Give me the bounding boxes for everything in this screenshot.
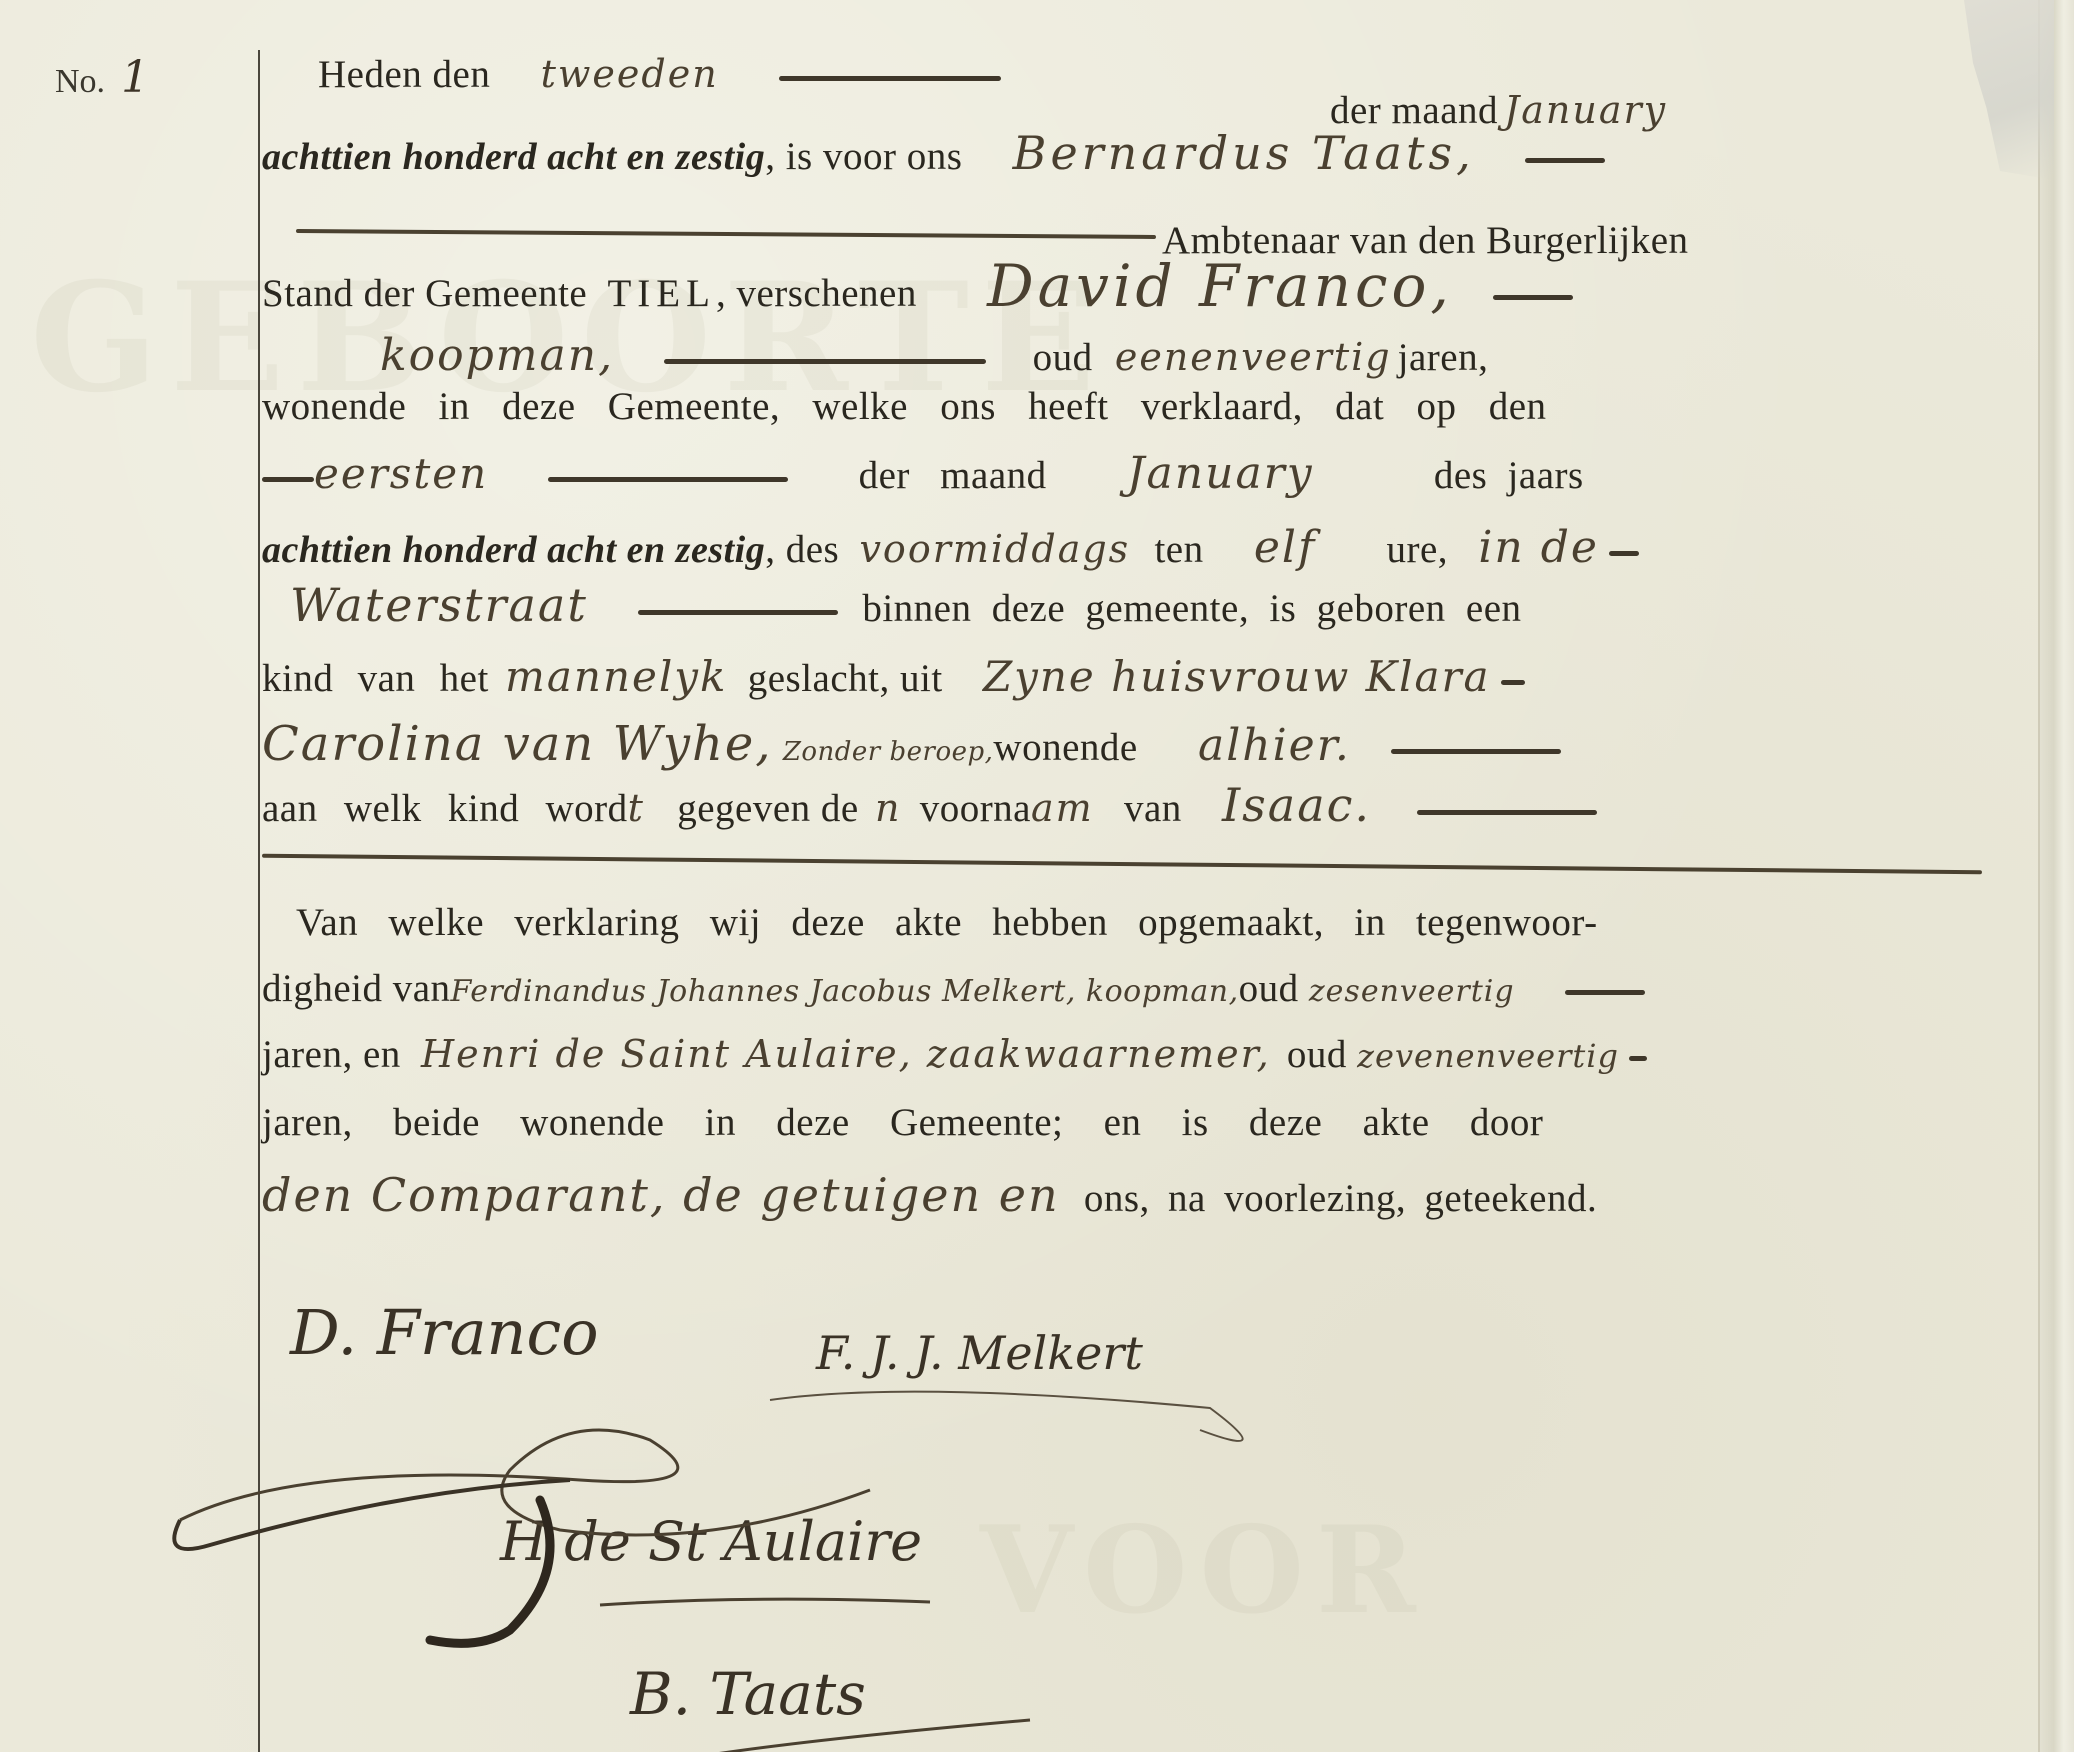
handwritten-child-name: Isaac.	[1222, 778, 1371, 832]
handwritten-birth-month: January	[1127, 448, 1314, 499]
printed-text: wonende	[993, 726, 1137, 769]
printed-text: jaren, beide wonende in deze Gemeente; e…	[262, 1101, 1543, 1144]
entry-number: No.1	[55, 52, 149, 103]
printed-text: jaren, en	[262, 1033, 401, 1076]
printed-text: jaren,	[1398, 336, 1489, 379]
blank-rule	[1501, 680, 1525, 685]
handwritten-witness-1-age: zesenveertig	[1309, 974, 1515, 1009]
blank-rule	[1417, 810, 1597, 815]
blank-rule	[1493, 295, 1573, 300]
signature-declarant: D. Franco	[290, 1296, 599, 1369]
blank-rule	[664, 359, 986, 364]
handwritten-street: Waterstraat	[290, 578, 588, 632]
printed-text: Van welke verklaring wij deze akte hebbe…	[296, 901, 1598, 944]
printed-text: , des	[765, 528, 839, 571]
margin-rule	[258, 50, 260, 1752]
record-line-8: achttien honderd acht en zestig, des voo…	[262, 522, 1639, 573]
handwritten-age: eenenveertig	[1115, 335, 1392, 379]
handwritten-mother-name-cont: Carolina van Wyhe,	[262, 716, 773, 772]
printed-text: binnen deze gemeente, is geboren een	[862, 587, 1521, 630]
municipality-name: TIEL	[607, 272, 715, 315]
handwritten-witness-2: Henri de Saint Aulaire, zaakwaarnemer,	[421, 1032, 1271, 1076]
blank-rule	[262, 477, 314, 482]
printed-text: ten	[1154, 528, 1203, 571]
printed-text: aan welk kind word	[262, 787, 628, 830]
blank-rule	[1609, 551, 1639, 556]
signature-witness-2: H de St Aulaire	[500, 1510, 922, 1573]
handwritten-occupation: koopman,	[380, 330, 614, 381]
printed-text: oud	[1239, 967, 1299, 1010]
signature-official: B. Taats	[630, 1660, 866, 1728]
record-line-11: Carolina van Wyhe, Zonder beroep,wonende…	[262, 716, 1561, 772]
printed-text: voorna	[920, 787, 1031, 830]
handwritten-witness-2-age: zevenenveertig	[1357, 1037, 1619, 1075]
blank-rule	[548, 477, 788, 482]
handwritten-correction: t	[628, 786, 645, 830]
record-line-9: Waterstraat binnen deze gemeente, is geb…	[290, 578, 1522, 632]
handwritten-declarant-name: David Franco,	[987, 252, 1453, 320]
printed-text: gegeven de	[677, 787, 859, 830]
handwritten-time-of-day: voormiddags	[859, 527, 1130, 571]
printed-text: oud	[1033, 336, 1093, 379]
handwritten-correction: am	[1031, 786, 1094, 830]
blank-rule	[1391, 749, 1561, 754]
handwritten-sex: mannelyk	[505, 652, 727, 701]
printed-text: , is voor ons	[765, 135, 962, 178]
printed-text: des jaars	[1434, 454, 1584, 497]
handwritten-witness-1: Ferdinandus Johannes Jacobus Melkert, ko…	[451, 974, 1239, 1009]
handwritten-official-name: Bernardus Taats,	[1013, 126, 1475, 180]
printed-text: , verschenen	[716, 272, 917, 315]
printed-year-text: achttien honderd acht en zestig	[262, 136, 765, 178]
blank-rule	[1565, 990, 1645, 995]
record-line-15: jaren, en Henri de Saint Aulaire, zaakwa…	[262, 1032, 1647, 1077]
handwritten-day: tweeden	[541, 52, 719, 96]
printed-year-text: achttien honderd acht en zestig	[262, 529, 765, 571]
printed-text: Stand der Gemeente	[262, 272, 587, 315]
handwritten-place-prefix: in de	[1478, 522, 1599, 573]
handwritten-mother-name: Zyne huisvrouw Klara	[983, 652, 1491, 701]
handwritten-mother-occupation: Zonder beroep,	[783, 737, 994, 767]
record-line-4: Stand der Gemeente TIEL, verschenen Davi…	[262, 252, 1573, 320]
blank-rule	[1525, 158, 1605, 163]
record-line-5: koopman, oud eenenveertigjaren,	[380, 330, 1488, 381]
printed-text: digheid van	[262, 967, 451, 1010]
entry-number-value: 1	[121, 52, 149, 103]
record-line-12: aan welk kind wordt gegeven de n voornaa…	[262, 778, 1597, 832]
record-line-1: Heden den tweeden	[318, 52, 1001, 97]
record-line-14: digheid vanFerdinandus Johannes Jacobus …	[262, 966, 1645, 1011]
printed-text: ons, na voorlezing, geteekend.	[1084, 1177, 1597, 1220]
page-edge	[2038, 0, 2074, 1752]
blank-rule	[638, 610, 838, 615]
blank-rule	[1629, 1056, 1647, 1061]
printed-text: geslacht, uit	[748, 657, 943, 700]
record-line-2: achttien honderd acht en zestig, is voor…	[262, 126, 1605, 180]
printed-text: oud	[1287, 1033, 1347, 1076]
printed-text: van	[1124, 787, 1182, 830]
record-line-13: Van welke verklaring wij deze akte hebbe…	[296, 900, 1598, 945]
printed-text: ure,	[1387, 528, 1449, 571]
printed-text: Heden den	[318, 53, 490, 96]
handwritten-residence: alhier.	[1198, 720, 1351, 771]
signature-witness-1: F. J. J. Melkert	[816, 1326, 1143, 1380]
printed-text: kind van het	[262, 657, 489, 700]
record-line-7: eersten der maand January des jaars	[262, 448, 1584, 499]
record-line-10: kind van het mannelyk geslacht, uit Zyne…	[262, 652, 1525, 701]
handwritten-correction: n	[875, 786, 901, 830]
record-line-6: wonende in deze Gemeente, welke ons heef…	[262, 384, 1547, 429]
record-line-17: den Comparant, de getuigen en ons, na vo…	[262, 1168, 1597, 1222]
handwritten-birth-day: eersten	[314, 449, 488, 498]
blank-rule	[779, 76, 1001, 81]
handwritten-hour: elf	[1254, 522, 1316, 573]
entry-number-label: No.	[55, 63, 105, 100]
printed-text: wonende in deze Gemeente, welke ons heef…	[262, 385, 1547, 428]
printed-text: der maand	[859, 454, 1047, 497]
record-line-16: jaren, beide wonende in deze Gemeente; e…	[262, 1100, 1543, 1145]
handwritten-signers: den Comparant, de getuigen en	[262, 1168, 1060, 1222]
